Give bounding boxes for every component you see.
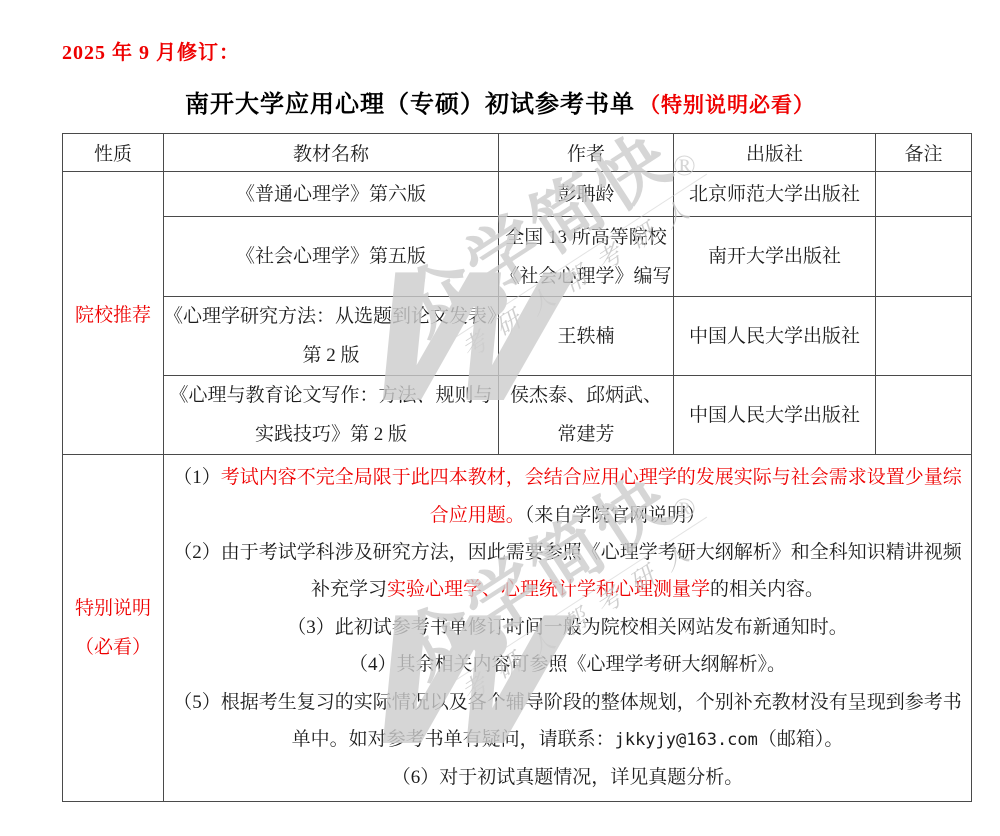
book-author: 全国 13 所高等院校 — [499, 218, 673, 257]
note-run: （3）此初试参考书单修订时间一般为院校相关网站发布新通知时。 — [287, 617, 848, 638]
special-notes-cell: （1）考试内容不完全局限于此四本教材，会结合应用心理学的发展实际与社会需求设置少… — [164, 455, 972, 802]
book-name-cell: 《社会心理学》第五版 — [164, 217, 499, 297]
document-page: { "page": { "revision_note": "2025 年 9 月… — [0, 0, 1000, 836]
book-name: 《心理学研究方法：从选题到论文发表》 — [164, 297, 498, 336]
book-author-cell: 侯杰泰、邱炳武、 常建芳 — [499, 376, 674, 455]
special-label-line: 特别说明 — [63, 589, 163, 628]
table-header-row: 性质 教材名称 作者 出版社 备注 — [63, 134, 972, 172]
page-title: 南开大学应用心理（专硕）初试参考书单 （特别说明必看） — [0, 84, 1000, 119]
revision-date-note: 2025 年 9 月修订： — [62, 36, 240, 65]
book-author: 王轶楠 — [499, 317, 673, 356]
special-notes-row: 特别说明 （必看） （1）考试内容不完全局限于此四本教材，会结合应用心理学的发展… — [63, 455, 972, 802]
book-author: 侯杰泰、邱炳武、 — [499, 376, 673, 415]
book-author: 彭聃龄 — [499, 175, 673, 214]
book-name-cell: 《心理与教育论文写作：方法、规则与 实践技巧》第 2 版 — [164, 376, 499, 455]
note-item: （5）根据考生复习的实际情况以及各个辅导阶段的整体规划，个别补充教材没有呈现到参… — [164, 684, 971, 760]
header-book-name: 教材名称 — [164, 134, 499, 172]
header-remark: 备注 — [876, 134, 972, 172]
book-publisher-cell: 北京师范大学出版社 — [674, 172, 876, 217]
note-item: （6）对于初试真题情况，详见真题分析。 — [164, 759, 971, 796]
book-author-cell: 王轶楠 — [499, 297, 674, 376]
note-run: （邮箱）。 — [758, 729, 844, 750]
note-run: （5）根据考生复习的实际情况以及各个辅导阶段的整体规划，个别补充教材没有呈现到参… — [173, 692, 962, 750]
remark-cell-empty — [876, 297, 972, 376]
note-run: （来自学院官网说明） — [525, 505, 706, 526]
reference-book-table: 性质 教材名称 作者 出版社 备注 院校推荐 《普通心理学》第六版 彭聃龄 北京… — [62, 133, 972, 802]
header-category: 性质 — [63, 134, 164, 172]
book-publisher-cell: 南开大学出版社 — [674, 217, 876, 297]
book-publisher-cell: 中国人民大学出版社 — [674, 297, 876, 376]
book-publisher: 南开大学出版社 — [674, 237, 875, 276]
note-run: 的相关内容。 — [710, 579, 824, 600]
page-title-main: 南开大学应用心理（专硕）初试参考书单 — [185, 91, 635, 118]
table-row: 《心理与教育论文写作：方法、规则与 实践技巧》第 2 版 侯杰泰、邱炳武、 常建… — [63, 376, 972, 455]
special-label-line: （必看） — [63, 628, 163, 667]
book-publisher-cell: 中国人民大学出版社 — [674, 376, 876, 455]
book-author: 常建芳 — [499, 415, 673, 454]
book-publisher: 北京师范大学出版社 — [674, 175, 875, 214]
book-name-cell: 《普通心理学》第六版 — [164, 172, 499, 217]
book-publisher: 中国人民大学出版社 — [674, 396, 875, 435]
table-row: 《心理学研究方法：从选题到论文发表》 第 2 版 王轶楠 中国人民大学出版社 — [63, 297, 972, 376]
note-run: （1） — [173, 467, 221, 488]
special-notes-label-cell: 特别说明 （必看） — [63, 455, 164, 802]
table-row: 院校推荐 《普通心理学》第六版 彭聃龄 北京师范大学出版社 — [63, 172, 972, 217]
note-run: （6）对于初试真题情况，详见真题分析。 — [392, 767, 744, 788]
book-name: 《社会心理学》第五版 — [164, 237, 498, 276]
note-item: （2）由于考试学科涉及研究方法，因此需要参照《心理学考研大纲解析》和全科知识精讲… — [164, 534, 971, 609]
header-publisher: 出版社 — [674, 134, 876, 172]
book-name-cell: 《心理学研究方法：从选题到论文发表》 第 2 版 — [164, 297, 499, 376]
book-name: 《心理与教育论文写作：方法、规则与 — [164, 376, 498, 415]
header-author: 作者 — [499, 134, 674, 172]
note-item: （4）其余相关内容可参照《心理学考研大纲解析》。 — [164, 646, 971, 683]
contact-email-text: jkkyjy@163.com — [615, 730, 758, 750]
book-name: 实践技巧》第 2 版 — [164, 415, 498, 454]
page-title-warning: （特别说明必看） — [639, 93, 815, 117]
remark-cell-empty — [876, 217, 972, 297]
book-publisher: 中国人民大学出版社 — [674, 317, 875, 356]
table-row: 《社会心理学》第五版 全国 13 所高等院校 《社会心理学》编写 南开大学出版社 — [63, 217, 972, 297]
book-name: 《普通心理学》第六版 — [164, 175, 498, 214]
book-author-cell: 全国 13 所高等院校 《社会心理学》编写 — [499, 217, 674, 297]
remark-cell-empty — [876, 172, 972, 217]
note-run-red: 实验心理学、心理统计学和心理测量学 — [387, 579, 710, 600]
remark-cell-empty — [876, 376, 972, 455]
note-run: （4）其余相关内容可参照《心理学考研大纲解析》。 — [349, 654, 786, 675]
note-item: （3）此初试参考书单修订时间一般为院校相关网站发布新通知时。 — [164, 609, 971, 646]
book-name: 第 2 版 — [164, 336, 498, 375]
note-item: （1）考试内容不完全局限于此四本教材，会结合应用心理学的发展实际与社会需求设置少… — [164, 459, 971, 534]
book-author-cell: 彭聃龄 — [499, 172, 674, 217]
book-author: 《社会心理学》编写 — [499, 257, 673, 296]
category-recommended-cell: 院校推荐 — [63, 172, 164, 455]
